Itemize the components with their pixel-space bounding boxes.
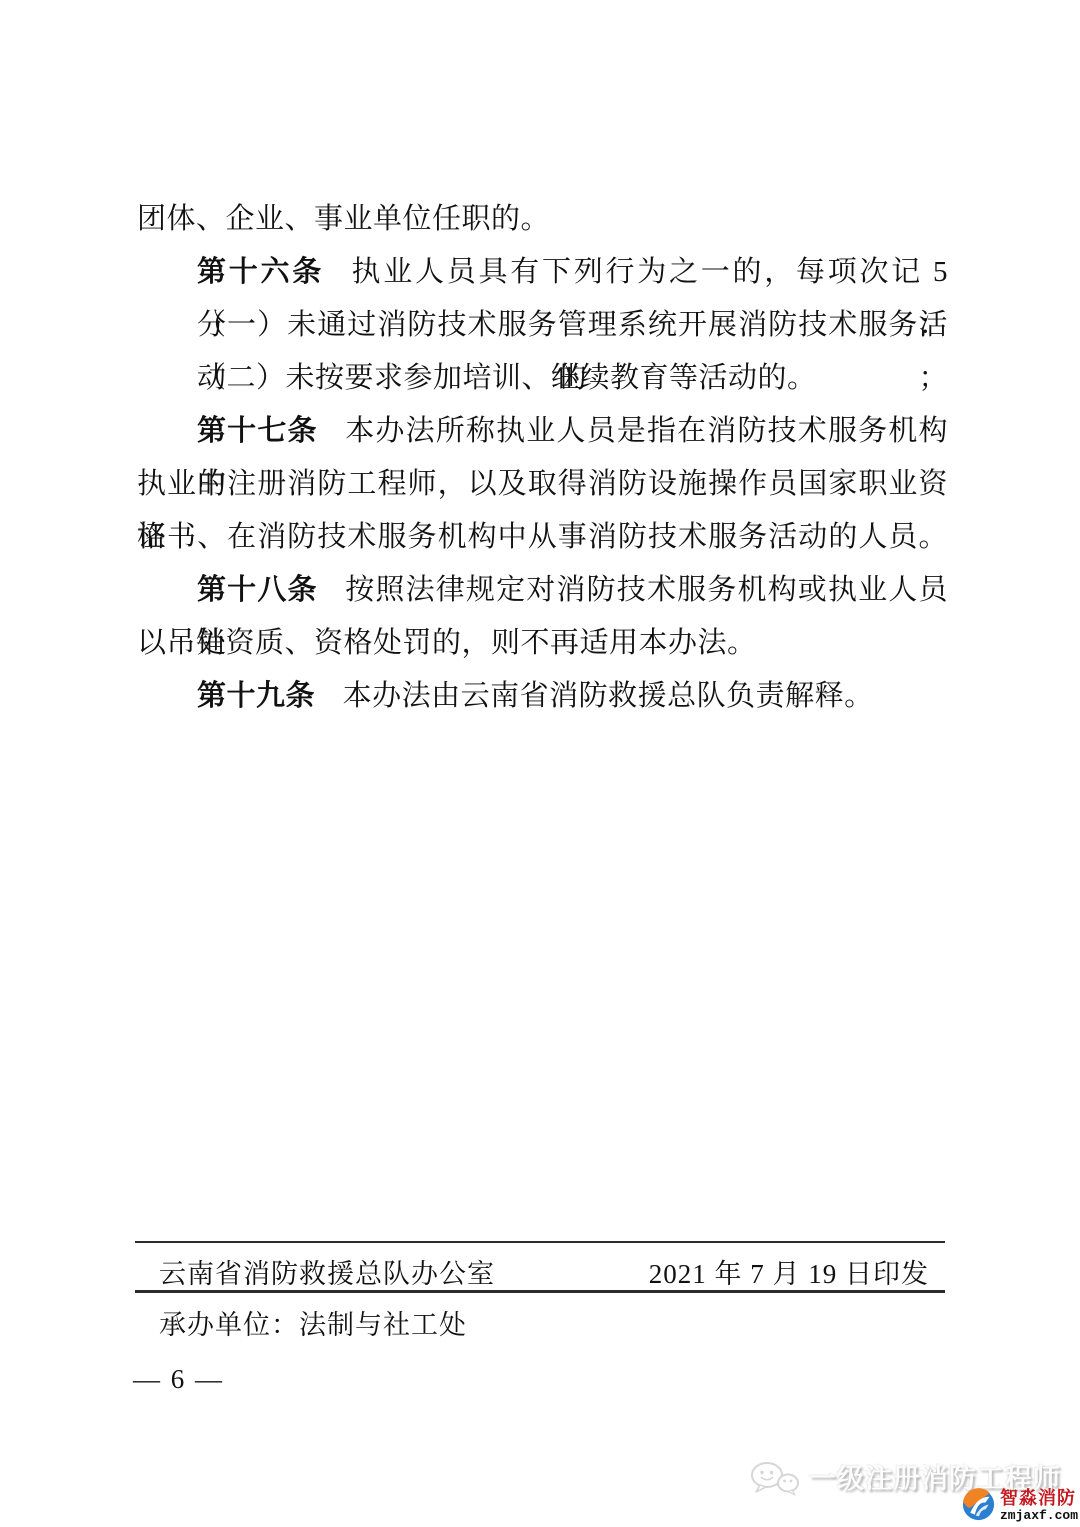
document-body: 团体、企业、事业单位任职的。第十六条执业人员具有下列行为之一的，每项次记 5 分… bbox=[137, 193, 948, 723]
body-line: 第十六条执业人员具有下列行为之一的，每项次记 5 分： bbox=[137, 246, 948, 299]
body-line: 第十七条本办法所称执业人员是指在消防技术服务机构中 bbox=[137, 405, 948, 458]
body-line: （一）未通过消防技术服务管理系统开展消防技术服务活动的； bbox=[137, 299, 948, 352]
footer-bottom-rule bbox=[135, 1290, 945, 1293]
undertaking-unit: 承办单位：法制与社工处 bbox=[159, 1306, 467, 1344]
footer-top-rule bbox=[135, 1241, 945, 1243]
issuing-office: 云南省消防救援总队办公室 bbox=[159, 1252, 495, 1291]
body-line-heading: 第十六条 bbox=[197, 256, 324, 288]
body-line-text: 团体、企业、事业单位任职的。 bbox=[137, 203, 550, 235]
body-line-text: （二）未按要求参加培训、继续教育等活动的。 bbox=[197, 362, 817, 394]
body-line-heading: 第十七条 bbox=[197, 415, 318, 447]
body-line-text: 以吊销资质、资格处罚的，则不再适用本办法。 bbox=[137, 627, 757, 659]
zhimiao-logo-icon bbox=[962, 1488, 995, 1521]
footer-row: 云南省消防救援总队办公室 2021 年 7 月 19 日印发 bbox=[135, 1252, 945, 1290]
wechat-bubbles-icon bbox=[750, 1461, 800, 1497]
watermark-banner: 一级注册消防工程师 智淼消防 zmjaxf.com bbox=[0, 1455, 1080, 1527]
body-line: 执业的注册消防工程师，以及取得消防设施操作员国家职业资格 bbox=[137, 458, 948, 511]
document-page: 团体、企业、事业单位任职的。第十六条执业人员具有下列行为之一的，每项次记 5 分… bbox=[0, 0, 1080, 1527]
body-line: 以吊销资质、资格处罚的，则不再适用本办法。 bbox=[137, 617, 948, 670]
zhimiao-logo-text: 智淼消防 zmjaxf.com bbox=[1000, 1488, 1078, 1523]
zhimiao-logo: 智淼消防 zmjaxf.com bbox=[962, 1488, 1078, 1523]
body-line: 第十八条按照法律规定对消防技术服务机构或执业人员处 bbox=[137, 564, 948, 617]
zhimiao-logo-name: 智淼消防 bbox=[1000, 1488, 1078, 1508]
body-line-text: 证书、在消防技术服务机构中从事消防技术服务活动的人员。 bbox=[137, 521, 948, 553]
body-line: 证书、在消防技术服务机构中从事消防技术服务活动的人员。 bbox=[137, 511, 948, 564]
body-line: 团体、企业、事业单位任职的。 bbox=[137, 193, 948, 246]
page-number: — 6 — bbox=[133, 1362, 224, 1396]
body-line-heading: 第十八条 bbox=[197, 574, 318, 606]
body-line-heading: 第十九条 bbox=[197, 680, 315, 712]
body-line: 第十九条本办法由云南省消防救援总队负责解释。 bbox=[137, 670, 948, 723]
print-date: 2021 年 7 月 19 日印发 bbox=[649, 1252, 929, 1291]
body-line-text: 本办法由云南省消防救援总队负责解释。 bbox=[343, 680, 874, 712]
zhimiao-logo-domain: zmjaxf.com bbox=[1000, 1508, 1078, 1523]
